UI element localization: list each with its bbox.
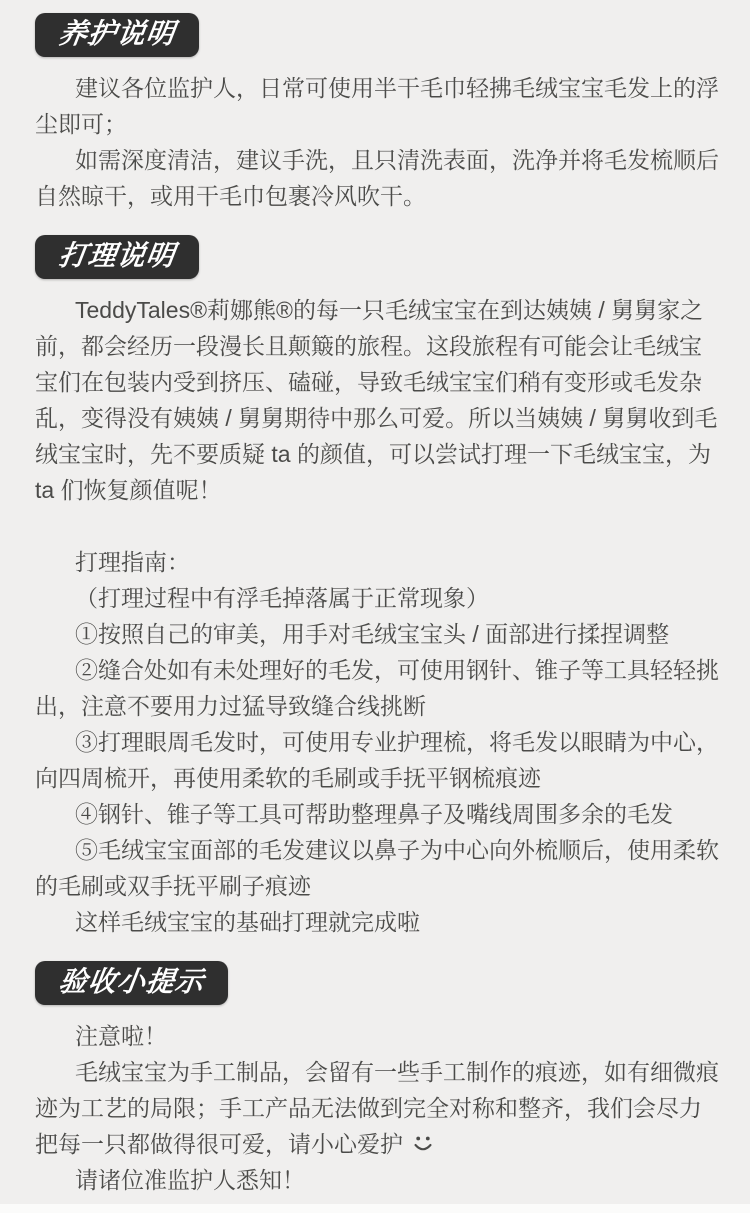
section-body: TeddyTales®莉娜熊®的每一只毛绒宝宝在到达姨姨 / 舅舅家之前，都会经… (35, 292, 723, 940)
list-item-1: ①按照自己的审美，用手对毛绒宝宝头 / 面部进行揉捏调整 (35, 616, 723, 652)
paragraph: 毛绒宝宝为手工制品，会留有一些手工制作的痕迹，如有细微痕迹为工艺的局限；手工产品… (35, 1054, 723, 1162)
smiley-icon (411, 1133, 435, 1155)
section-title-badge: 打理说明 (35, 235, 199, 279)
section-acceptance-tips: 验收小提示 注意啦！ 毛绒宝宝为手工制品，会留有一些手工制作的痕迹，如有细微痕迹… (35, 961, 723, 1198)
page-bottom-divider (0, 1204, 750, 1213)
paragraph-note: （打理过程中有浮毛掉落属于正常现象） (35, 580, 723, 616)
paragraph: 注意啦！ (35, 1018, 723, 1054)
paragraph-guide-heading: 打理指南： (35, 544, 723, 580)
section-title: 打理说明 (57, 242, 177, 270)
list-item-2: ②缝合处如有未处理好的毛发，可使用钢针、锥子等工具轻轻挑出，注意不要用力过猛导致… (35, 652, 723, 724)
section-title-badge: 验收小提示 (35, 961, 228, 1005)
list-item-4: ④钢针、锥子等工具可帮助整理鼻子及嘴线周围多余的毛发 (35, 796, 723, 832)
section-body: 注意啦！ 毛绒宝宝为手工制品，会留有一些手工制作的痕迹，如有细微痕迹为工艺的局限… (35, 1018, 723, 1198)
paragraph: 请诸位准监护人悉知！ (35, 1162, 723, 1198)
list-item-3: ③打理眼周毛发时，可使用专业护理梳，将毛发以眼睛为中心，向四周梳开，再使用柔软的… (35, 724, 723, 796)
section-title: 验收小提示 (57, 968, 206, 996)
section-body: 建议各位监护人，日常可使用半干毛巾轻拂毛绒宝宝毛发上的浮尘即可； 如需深度清洁，… (35, 70, 723, 214)
paragraph: 如需深度清洁，建议手洗，且只清洗表面，洗净并将毛发梳顺后自然晾干，或用干毛巾包裹… (35, 142, 723, 214)
section-maintenance: 养护说明 建议各位监护人，日常可使用半干毛巾轻拂毛绒宝宝毛发上的浮尘即可； 如需… (35, 13, 723, 214)
care-instructions-page: 养护说明 建议各位监护人，日常可使用半干毛巾轻拂毛绒宝宝毛发上的浮尘即可； 如需… (0, 0, 750, 1213)
section-title-badge: 养护说明 (35, 13, 199, 57)
list-item-5: ⑤毛绒宝宝面部的毛发建议以鼻子为中心向外梳顺后，使用柔软的毛刷或双手抚平刷子痕迹 (35, 832, 723, 904)
section-title: 养护说明 (57, 20, 177, 48)
paragraph: 建议各位监护人，日常可使用半干毛巾轻拂毛绒宝宝毛发上的浮尘即可； (35, 70, 723, 142)
paragraph: TeddyTales®莉娜熊®的每一只毛绒宝宝在到达姨姨 / 舅舅家之前，都会经… (35, 292, 723, 508)
paragraph-closing: 这样毛绒宝宝的基础打理就完成啦 (35, 904, 723, 940)
section-grooming: 打理说明 TeddyTales®莉娜熊®的每一只毛绒宝宝在到达姨姨 / 舅舅家之… (35, 235, 723, 940)
paragraph-text: 毛绒宝宝为手工制品，会留有一些手工制作的痕迹，如有细微痕迹为工艺的局限；手工产品… (35, 1059, 719, 1157)
